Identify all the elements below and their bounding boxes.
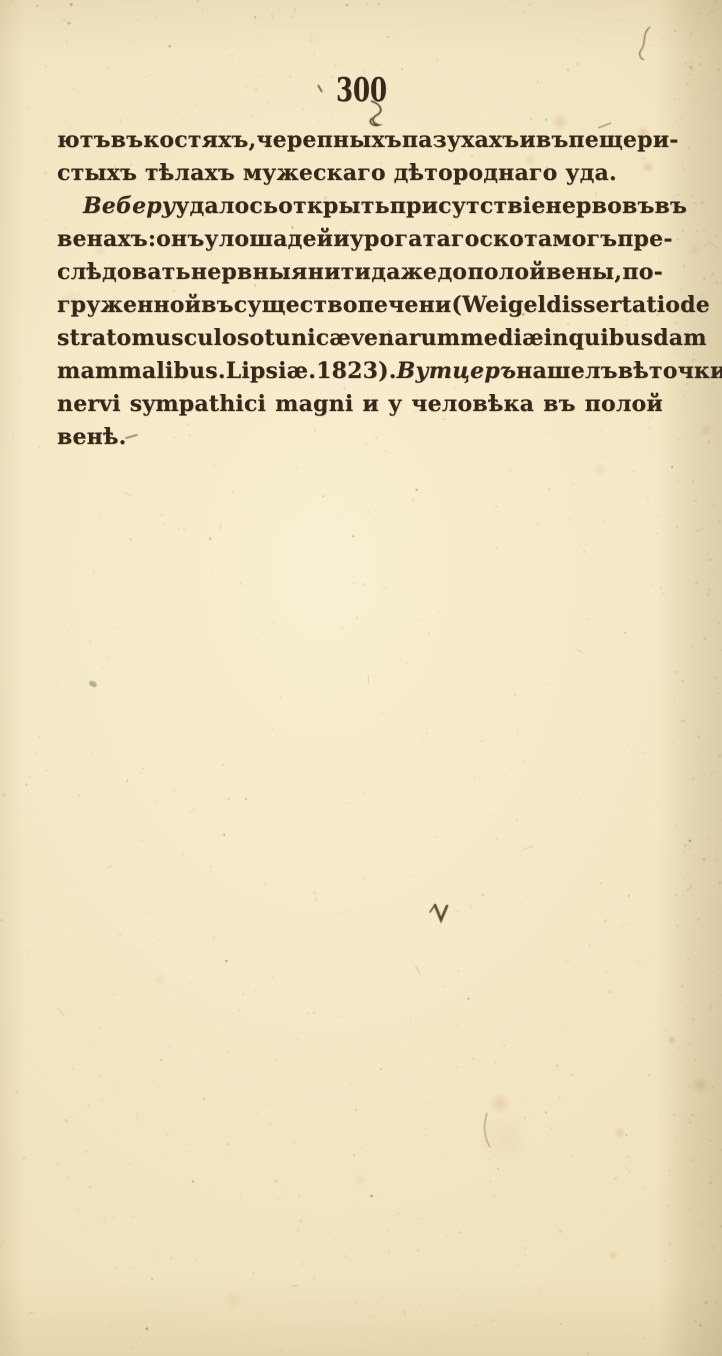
text-line: груженнойвъсуществопечени(Weigeldisserta… bbox=[57, 289, 663, 322]
page-text: ютъвъкостяхъ,черепныхъпазухахъивъпещери-… bbox=[57, 124, 663, 454]
text-line: nervisympathicimagniиучеловѣкавъполой bbox=[57, 388, 663, 421]
text-line: венахъ:онъулошадейиурогатагоскотамогъпре… bbox=[57, 223, 663, 256]
text-line: mammalibus.Lipsiæ.1823).Вутцерънашелъвѣт… bbox=[57, 355, 663, 388]
book-page-scan: 300 ютъвъкостяхъ,черепныхъпазухахъивъпещ… bbox=[0, 0, 722, 1356]
text-line: stratomusculosotunicævenarummediæinquibu… bbox=[57, 322, 663, 355]
page-number-value: 300 bbox=[336, 73, 387, 107]
text-line: ютъвъкостяхъ,черепныхъпазухахъивъпещери- bbox=[57, 124, 663, 157]
text-line: венѣ. bbox=[57, 421, 663, 454]
text-line: стыхъ тѣлахъ мужескаго дѣтороднаго уда. bbox=[57, 157, 663, 190]
page-number: 300 bbox=[0, 73, 722, 107]
text-line: Веберуудалосьоткрытьприсутствіенервовъвъ bbox=[57, 190, 663, 223]
text-line: слѣдоватьнервныянитидажедополойвены,по- bbox=[57, 256, 663, 289]
